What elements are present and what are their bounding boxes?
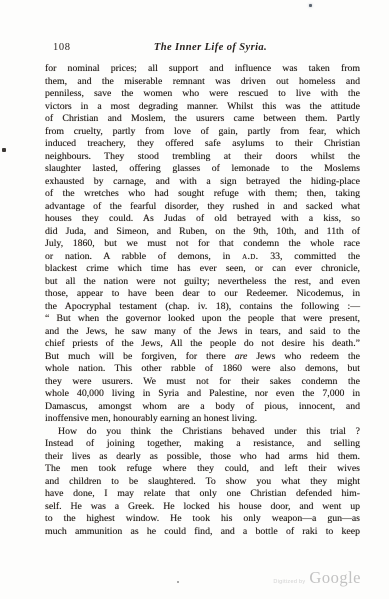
text-line: advantage of the fearful disorder, they … xyxy=(45,201,360,214)
text-line: their lives as dearly as possible, those… xyxy=(45,451,360,464)
text-line: victors in a most degrading manner. Whil… xyxy=(45,101,360,114)
text-line: or nation. A rabble of demons, in a.d. 3… xyxy=(45,251,360,264)
text-line: and children to be slaughtered. To show … xyxy=(45,476,360,489)
text-line: blackest crime which time has ever seen,… xyxy=(45,263,360,276)
book-page: 108 The Inner Life of Syria. for nominal… xyxy=(0,0,389,599)
text-line: they were usurers. We must not for their… xyxy=(45,376,360,389)
text-line: neighbours. They stood trembling at thei… xyxy=(45,151,360,164)
text-line: “ But when the governor looked upon the … xyxy=(45,313,360,326)
text-line: chief priests of the Jews, All the peopl… xyxy=(45,338,360,351)
text-line: much ammunition as he could find, and a … xyxy=(45,526,360,539)
text-line: July, 1860, but we must not for that con… xyxy=(45,238,360,251)
text-line: exhausted by carnage, and with a sign be… xyxy=(45,176,360,189)
text-line: inoffensive men, honourably earning an h… xyxy=(45,413,360,426)
page-number: 108 xyxy=(53,42,71,53)
text-line: of Christian and Moslem, the usurers cam… xyxy=(45,113,360,126)
text-line: whole nation. This other rabble of 1860 … xyxy=(45,363,360,376)
text-line: Instead of joining together, making a re… xyxy=(45,438,360,451)
paragraph: for nominal prices; all support and infl… xyxy=(45,63,360,426)
running-title: The Inner Life of Syria. xyxy=(45,42,360,53)
text-line: those, appear to have been dear to our R… xyxy=(45,288,360,301)
text-line: penniless, save the women who were rescu… xyxy=(45,88,360,101)
paragraph: How do you think the Christians behaved … xyxy=(45,426,360,539)
text-line: But much will be forgiven, for there are… xyxy=(45,351,360,364)
text-line: whole 40,000 living in Syria and Palesti… xyxy=(45,388,360,401)
text-line: them, and the miserable remnant was driv… xyxy=(45,76,360,89)
text-line: did Juda, and Simeon, and Ruben, on the … xyxy=(45,226,360,239)
text-line: of the wretches who had sought refuge wi… xyxy=(45,188,360,201)
text-line: have done, I may relate that only one Ch… xyxy=(45,488,360,501)
text-line: The men took refuge where they could, an… xyxy=(45,463,360,476)
text-line: induced treachery, they offered safe asy… xyxy=(45,138,360,151)
text-line: for nominal prices; all support and infl… xyxy=(45,63,360,76)
text-line: houses they could. As Judas of old betra… xyxy=(45,213,360,226)
text-line: the Apocryphal testament (chap. iv. 18),… xyxy=(45,301,360,314)
text-line: Damascus, amongst whom are a body of pio… xyxy=(45,401,360,414)
watermark: Digitized by Google xyxy=(273,568,361,588)
text-line: and the Jews, he saw many of the Jews in… xyxy=(45,326,360,339)
scan-speck xyxy=(177,581,179,583)
google-logo: Google xyxy=(309,568,361,588)
digitized-by-label: Digitized by xyxy=(273,579,305,585)
scan-speck xyxy=(309,4,312,7)
text-line: but all the nation were not guilty; neve… xyxy=(45,276,360,289)
text-line: How do you think the Christians behaved … xyxy=(45,426,360,439)
page-header: 108 The Inner Life of Syria. xyxy=(45,42,360,56)
page-body: for nominal prices; all support and infl… xyxy=(45,63,360,538)
text-line: self. He was a Greek. He locked his hous… xyxy=(45,501,360,514)
text-line: from cruelty, partly from love of gain, … xyxy=(45,126,360,139)
text-line: to the highest window. He took his only … xyxy=(45,513,360,526)
text-line: slaughter lasted, offering glasses of le… xyxy=(45,163,360,176)
scan-speck xyxy=(2,148,6,152)
